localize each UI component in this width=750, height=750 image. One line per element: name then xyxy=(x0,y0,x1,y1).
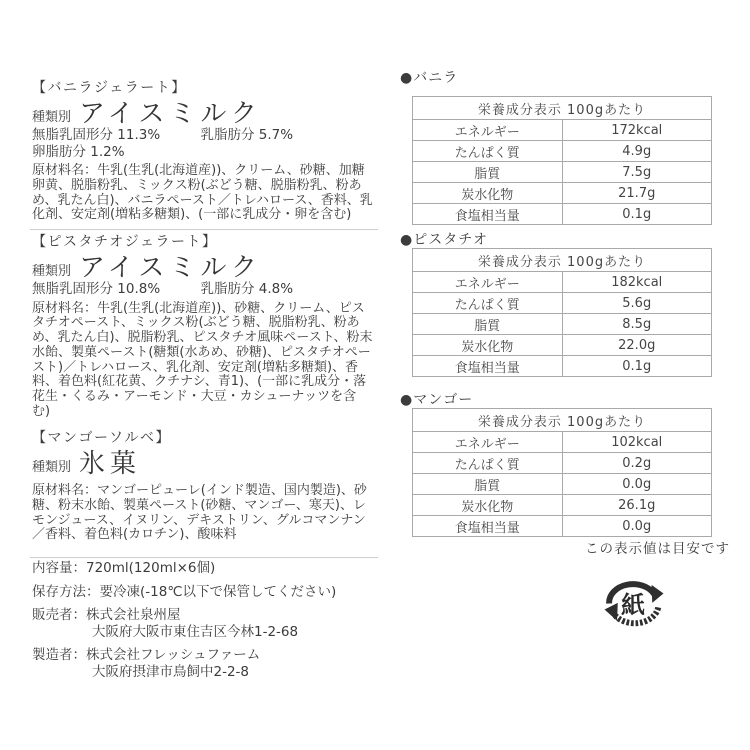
nutrition-label-cell: 炭水化物 xyxy=(413,183,563,204)
nutrition-row: たんぱく質0.2g xyxy=(413,453,712,474)
nutrition-label-cell: 炭水化物 xyxy=(413,495,563,516)
section-divider xyxy=(30,557,378,558)
nutrition-value-cell: 102kcal xyxy=(562,432,712,453)
nutrition-row: 脂質8.5g xyxy=(413,314,712,335)
product-header: 【バニラジェラート】 xyxy=(32,80,374,96)
table-header-row: 栄養成分表示 100gあたり xyxy=(413,249,712,272)
ingredients-paragraph: 原材料名：マンゴーピューレ(インド製造、国内製造)、砂糖、粉末水飴、製菓ペースト… xyxy=(32,484,374,543)
nutrition-label-cell: 食塩相当量 xyxy=(413,356,563,377)
nutrition-label-cell: エネルギー xyxy=(413,432,563,453)
flavor-bullet-icon: ● xyxy=(400,70,413,86)
nutrition-value-cell: 21.7g xyxy=(562,183,712,204)
product-header: 【マンゴーソルベ】 xyxy=(32,430,374,446)
nutrition-row: 食塩相当量0.1g xyxy=(413,204,712,225)
milk-fat-stat: 乳脂肪分 4.8% xyxy=(200,281,293,297)
nutrition-label-cell: エネルギー xyxy=(413,272,563,293)
nutrition-value-cell: 0.1g xyxy=(562,356,712,377)
mango-sorbet-section: 【マンゴーソルベ】 種類別 氷菓 原材料名：マンゴーピューレ(インド製造、国内製… xyxy=(32,430,374,543)
detail-value: 要冷凍(-18℃以下で保管してください) xyxy=(100,584,337,600)
contents-row: 内容量：720ml(120ml×6個) xyxy=(32,560,380,577)
detail-label: 内容量： xyxy=(32,560,86,576)
nutrition-value-cell: 22.0g xyxy=(562,335,712,356)
nutrition-label-cell: たんぱく質 xyxy=(413,453,563,474)
detail-value: 720ml(120ml×6個) xyxy=(86,560,215,576)
nonfat-milk-solids-stat: 無脂乳固形分 11.3% xyxy=(32,127,160,143)
flavor-name: ピスタチオ xyxy=(413,232,488,248)
nutrition-row: エネルギー182kcal xyxy=(413,272,712,293)
nutrition-label-cell: エネルギー xyxy=(413,120,563,141)
nutrition-row: 食塩相当量0.0g xyxy=(413,516,712,537)
detail-label: 製造者： xyxy=(32,647,86,663)
ingredients-text: 牛乳(生乳(北海道産))、砂糖、クリーム、ピスタチオペースト、ミックス粉(ぶどう… xyxy=(32,301,372,420)
type-row: 種類別 アイスミルク xyxy=(32,97,374,127)
ingredients-label: 原材料名： xyxy=(32,163,97,178)
manufacturer-address: 大阪府摂津市鳥飼中2-2-8 xyxy=(92,664,380,681)
nutrition-table-vanilla: 栄養成分表示 100gあたり エネルギー172kcal たんぱく質4.9g 脂質… xyxy=(412,96,712,225)
nutrition-value-cell: 4.9g xyxy=(562,141,712,162)
recycle-arrowhead xyxy=(604,603,617,621)
flavor-name: マンゴー xyxy=(413,392,473,408)
type-value: アイスミルク xyxy=(79,101,262,127)
pistachio-gelato-section: 【ピスタチオジェラート】 種類別 アイスミルク 無脂乳固形分 10.8% 乳脂肪… xyxy=(32,234,374,420)
disclaimer-note: この表示値は目安です xyxy=(412,537,730,557)
flavor-heading-vanilla: ●バニラ xyxy=(400,70,458,86)
vanilla-gelato-section: 【バニラジェラート】 種類別 アイスミルク 無脂乳固形分 11.3% 乳脂肪分 … xyxy=(32,80,374,223)
stats-line: 卵脂肪分 1.2% xyxy=(32,145,374,161)
nutrition-row: たんぱく質4.9g xyxy=(413,141,712,162)
egg-fat-stat: 卵脂肪分 1.2% xyxy=(32,144,125,160)
ingredients-paragraph: 原材料名：牛乳(生乳(北海道産))、クリーム、砂糖、加糖卵黄、脱脂粉乳、ミックス… xyxy=(32,164,374,223)
ingredients-paragraph: 原材料名：牛乳(生乳(北海道産))、砂糖、クリーム、ピスタチオペースト、ミックス… xyxy=(32,302,374,420)
flavor-bullet-icon: ● xyxy=(400,232,413,248)
type-label: 種類別 xyxy=(32,461,71,477)
nutrition-label-cell: 食塩相当量 xyxy=(413,516,563,537)
table-header-row: 栄養成分表示 100gあたり xyxy=(413,409,712,432)
nutrition-value-cell: 5.6g xyxy=(562,293,712,314)
details-block: 内容量：720ml(120ml×6個) 保存方法：要冷凍(-18℃以下で保管して… xyxy=(32,560,380,687)
type-label: 種類別 xyxy=(32,111,71,127)
nutrition-row: 脂質0.0g xyxy=(413,474,712,495)
nutrition-value-cell: 0.2g xyxy=(562,453,712,474)
product-header: 【ピスタチオジェラート】 xyxy=(32,234,374,250)
recycle-arrowhead xyxy=(652,585,664,603)
nutrition-label-cell: 脂質 xyxy=(413,314,563,335)
nutrition-label-cell: 食塩相当量 xyxy=(413,204,563,225)
nutrition-row: 炭水化物26.1g xyxy=(413,495,712,516)
detail-label: 保存方法： xyxy=(32,584,100,600)
seller-address: 大阪府大阪市東住吉区今林1-2-68 xyxy=(92,624,380,641)
nutrition-table-mango: 栄養成分表示 100gあたり エネルギー102kcal たんぱく質0.2g 脂質… xyxy=(412,408,712,537)
type-value: 氷菓 xyxy=(79,451,141,477)
section-divider xyxy=(30,229,378,230)
detail-label: 販売者： xyxy=(32,607,86,623)
type-row: 種類別 アイスミルク xyxy=(32,251,374,281)
ingredients-label: 原材料名： xyxy=(32,483,97,498)
storage-row: 保存方法：要冷凍(-18℃以下で保管してください) xyxy=(32,584,380,601)
type-label: 種類別 xyxy=(32,265,71,281)
nutrition-row: 食塩相当量0.1g xyxy=(413,356,712,377)
stats-line: 無脂乳固形分 11.3% 乳脂肪分 5.7% xyxy=(32,128,374,144)
nutrition-value-cell: 8.5g xyxy=(562,314,712,335)
type-row: 種類別 氷菓 xyxy=(32,447,374,477)
nutrition-table-title: 栄養成分表示 100gあたり xyxy=(413,409,712,432)
type-value: アイスミルク xyxy=(79,255,262,281)
nutrition-label-cell: たんぱく質 xyxy=(413,141,563,162)
nutrition-row: エネルギー172kcal xyxy=(413,120,712,141)
nutrition-value-cell: 172kcal xyxy=(562,120,712,141)
nutrition-value-cell: 0.0g xyxy=(562,516,712,537)
table-header-row: 栄養成分表示 100gあたり xyxy=(413,97,712,120)
nutrition-row: エネルギー102kcal xyxy=(413,432,712,453)
ingredients-label: 原材料名： xyxy=(32,301,97,316)
nutrition-value-cell: 0.1g xyxy=(562,204,712,225)
stats-line: 無脂乳固形分 10.8% 乳脂肪分 4.8% xyxy=(32,282,374,298)
seller-row: 販売者：株式会社泉州屋 大阪府大阪市東住吉区今林1-2-68 xyxy=(32,607,380,640)
flavor-name: バニラ xyxy=(413,70,458,86)
manufacturer-row: 製造者：株式会社フレッシュファーム 大阪府摂津市鳥飼中2-2-8 xyxy=(32,647,380,680)
nutrition-label-cell: 炭水化物 xyxy=(413,335,563,356)
nutrition-value-cell: 26.1g xyxy=(562,495,712,516)
paper-recycle-icon: 紙 xyxy=(599,573,667,634)
nutrition-value-cell: 182kcal xyxy=(562,272,712,293)
nutrition-row: 炭水化物21.7g xyxy=(413,183,712,204)
nutrition-table-pistachio: 栄養成分表示 100gあたり エネルギー182kcal たんぱく質5.6g 脂質… xyxy=(412,248,712,377)
nutrition-label-cell: 脂質 xyxy=(413,162,563,183)
nutrition-value-cell: 0.0g xyxy=(562,474,712,495)
nutrition-table-title: 栄養成分表示 100gあたり xyxy=(413,97,712,120)
detail-value: 株式会社泉州屋 xyxy=(86,607,181,623)
nutrition-row: たんぱく質5.6g xyxy=(413,293,712,314)
nutrition-label-cell: 脂質 xyxy=(413,474,563,495)
nutrition-value-cell: 7.5g xyxy=(562,162,712,183)
milk-fat-stat: 乳脂肪分 5.7% xyxy=(200,127,293,143)
nutrition-row: 炭水化物22.0g xyxy=(413,335,712,356)
nutrition-table-title: 栄養成分表示 100gあたり xyxy=(413,249,712,272)
recycle-kanji-paper: 紙 xyxy=(620,591,645,619)
nonfat-milk-solids-stat: 無脂乳固形分 10.8% xyxy=(32,281,160,297)
nutrition-label-cell: たんぱく質 xyxy=(413,293,563,314)
nutrition-row: 脂質7.5g xyxy=(413,162,712,183)
detail-value: 株式会社フレッシュファーム xyxy=(86,647,260,663)
flavor-heading-mango: ●マンゴー xyxy=(400,392,473,408)
flavor-heading-pistachio: ●ピスタチオ xyxy=(400,232,488,248)
flavor-bullet-icon: ● xyxy=(400,392,413,408)
